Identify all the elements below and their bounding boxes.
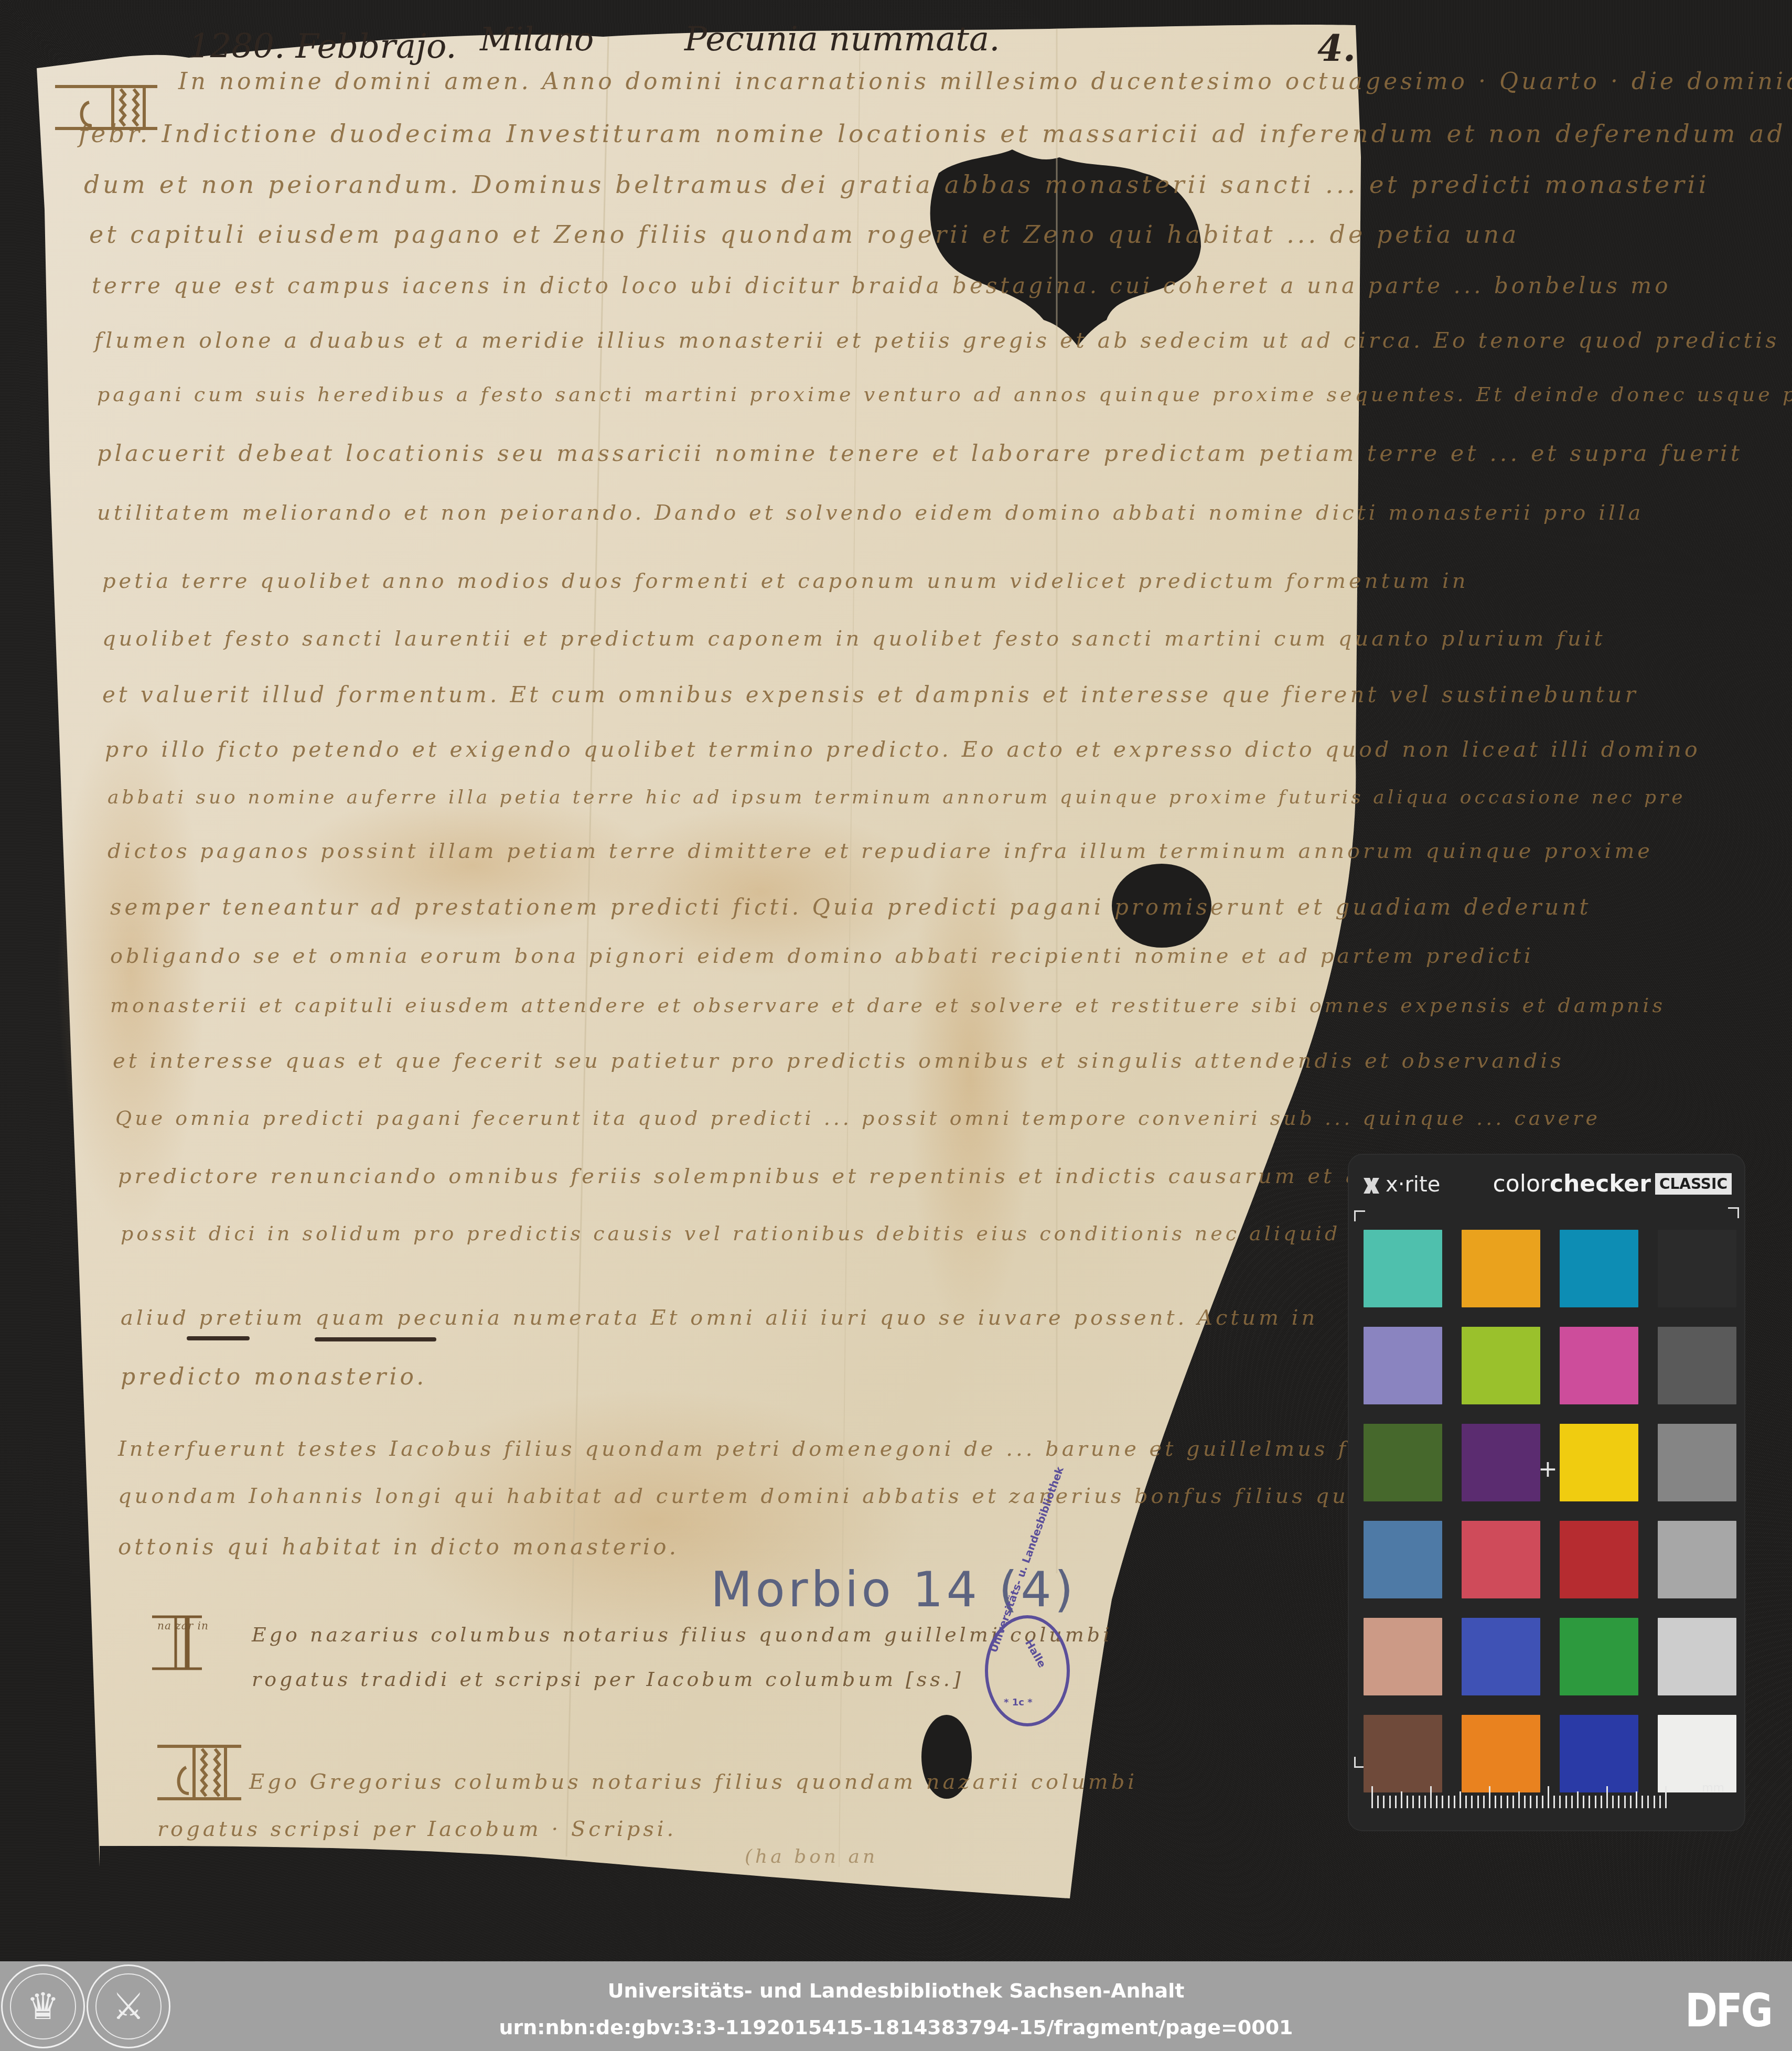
text-line: pro illo ficto petendo et exigendo quoli… <box>105 737 1701 762</box>
text-line: flumen olone a duabus et a meridie illiu… <box>94 328 1779 353</box>
ruler-tick <box>1524 1796 1526 1808</box>
ruler-tick <box>1430 1786 1432 1808</box>
product-name-light: color <box>1493 1171 1550 1197</box>
ruler-tick <box>1536 1796 1538 1808</box>
pecunia-underline <box>187 1336 250 1340</box>
color-patch <box>1560 1521 1638 1598</box>
text-line: In nomine domini amen. Anno domini incar… <box>178 68 1792 95</box>
text-line: terre que est campus iacens in dicto loc… <box>92 273 1671 298</box>
xrite-x-icon <box>1362 1176 1380 1194</box>
color-patch <box>1658 1521 1736 1598</box>
ruler-tick <box>1448 1796 1450 1808</box>
ruler-tick <box>1636 1791 1637 1808</box>
ruler-tick <box>1518 1791 1520 1808</box>
ruler-tick <box>1583 1796 1584 1808</box>
text-line: semper teneantur ad prestationem predict… <box>110 894 1591 920</box>
text-line: quondam Iohannis longi qui habitat ad cu… <box>118 1484 1436 1508</box>
ruler-tick <box>1412 1796 1414 1808</box>
color-patch <box>1364 1618 1442 1695</box>
registration-corner <box>1728 1207 1739 1218</box>
text-line: ottonis qui habitat in dicto monasterio. <box>118 1534 679 1560</box>
ruler-tick <box>1460 1791 1461 1808</box>
ruler-tick <box>1401 1791 1402 1808</box>
text-line: utilitatem meliorando et non peiorando. … <box>97 501 1644 525</box>
text-line: quolibet festo sancti laurentii et predi… <box>102 627 1606 651</box>
color-patch <box>1560 1230 1638 1307</box>
institution-name: Universitäts- und Landesbibliothek Sachs… <box>0 1979 1792 2002</box>
ruler-tick <box>1559 1796 1561 1808</box>
text-line: aliud pretium quam pecunia numerata Et o… <box>121 1306 1318 1330</box>
text-line: predictore renunciando omnibus feriis so… <box>118 1164 1469 1188</box>
color-patch <box>1364 1230 1442 1307</box>
text-line: dum et non peiorandum. Dominus beltramus… <box>84 170 1710 199</box>
color-patch <box>1462 1327 1540 1404</box>
text-line: et capituli eiusdem pagano et Zeno filii… <box>89 220 1520 249</box>
ruler-tick <box>1589 1796 1590 1808</box>
color-patch <box>1658 1327 1736 1404</box>
ruler-tick <box>1601 1796 1602 1808</box>
ruler-tick <box>1548 1786 1549 1808</box>
color-patch <box>1364 1521 1442 1598</box>
ruler-tick <box>1665 1786 1667 1808</box>
subscription-line: rogatus tradidi et scripsi per Iacobum c… <box>252 1668 964 1691</box>
color-patch <box>1462 1521 1540 1598</box>
pecunia-underline <box>315 1337 436 1341</box>
ruler-tick <box>1647 1796 1649 1808</box>
xrite-logo: x·rite <box>1362 1173 1440 1197</box>
color-patch <box>1560 1618 1638 1695</box>
date-note: 1280. Febbrajo. <box>189 27 457 66</box>
subscription-line: Ego Gregorius columbus notarius filius q… <box>249 1770 1138 1794</box>
ruler-tick <box>1419 1796 1420 1808</box>
ruler-tick <box>1571 1796 1573 1808</box>
color-patch-grid <box>1364 1230 1736 1792</box>
ruler-tick <box>1442 1796 1443 1808</box>
ruler-tick <box>1383 1796 1385 1808</box>
classic-badge: CLASSIC <box>1655 1173 1732 1195</box>
colorchecker-title: color checker CLASSIC <box>1493 1171 1732 1197</box>
ruler-tick <box>1654 1796 1655 1808</box>
color-patch <box>1364 1424 1442 1501</box>
color-patch <box>1560 1327 1638 1404</box>
text-line: possit dici in solidum pro predictis cau… <box>121 1222 1340 1245</box>
dfg-logo: DFG <box>1685 1983 1771 2037</box>
ruler-tick <box>1641 1796 1643 1808</box>
ruler-tick <box>1530 1796 1531 1808</box>
ruler-tick <box>1618 1796 1619 1808</box>
ruler-tick <box>1465 1796 1467 1808</box>
mm-ruler <box>1371 1782 1697 1808</box>
subscription-line: rogatus scripsi per Iacobum · Scripsi. <box>157 1817 677 1841</box>
text-line: obligando se et omnia eorum bona pignori… <box>110 944 1534 968</box>
color-patch <box>1364 1715 1442 1792</box>
stamp-center-text: Halle <box>1023 1637 1049 1670</box>
subject-note: Pecunia nummata. <box>684 20 1000 59</box>
color-checker-card: x·rite color checker CLASSIC + mm <box>1348 1154 1745 1831</box>
color-patch <box>1560 1715 1638 1792</box>
ruler-tick <box>1606 1786 1608 1808</box>
registration-corner <box>1354 1210 1365 1221</box>
text-line: febr. Indictione duodecima Investituram … <box>79 120 1792 148</box>
ruler-tick <box>1612 1796 1614 1808</box>
ruler-tick <box>1630 1796 1632 1808</box>
ruler-tick <box>1407 1796 1408 1808</box>
signum-inscription: na zar in <box>157 1619 209 1632</box>
ruler-unit: mm <box>1702 1781 1724 1795</box>
text-line: Que omnia predicti pagani fecerunt ita q… <box>115 1107 1601 1130</box>
ruler-tick <box>1553 1796 1555 1808</box>
footer-bar: ♛ ⚔ Universitäts- und Landesbibliothek S… <box>0 1961 1792 2051</box>
ruler-tick <box>1542 1796 1543 1808</box>
text-line: pagani cum suis heredibus a festo sancti… <box>97 383 1792 406</box>
ruler-tick <box>1500 1796 1502 1808</box>
stamp-bottom-text: * 1c * <box>1004 1697 1033 1708</box>
ruler-tick <box>1477 1796 1479 1808</box>
text-line: dictos paganos possint illam petiam terr… <box>108 839 1653 863</box>
color-patch <box>1462 1618 1540 1695</box>
brand-label: x·rite <box>1386 1173 1440 1197</box>
ruler-tick <box>1454 1796 1455 1808</box>
text-line: placuerit debeat locationis seu massaric… <box>97 441 1743 467</box>
ruler-tick <box>1507 1796 1508 1808</box>
text-line: Interfuerunt testes Iacobus filius quond… <box>118 1437 1409 1461</box>
color-patch <box>1658 1424 1736 1501</box>
product-name-bold: checker <box>1550 1171 1651 1197</box>
color-patch <box>1462 1424 1540 1501</box>
text-line: et interesse quas et que fecerit seu pat… <box>113 1049 1564 1073</box>
ruler-tick <box>1483 1796 1485 1808</box>
ruler-tick <box>1395 1796 1397 1808</box>
ruler-tick <box>1377 1796 1379 1808</box>
ruler-tick <box>1659 1796 1661 1808</box>
trailing-note: (ha bon an <box>745 1846 878 1867</box>
color-patch <box>1658 1618 1736 1695</box>
text-line: monasterii et capituli eiusdem attendere… <box>110 994 1666 1017</box>
color-patch <box>1560 1424 1638 1501</box>
text-line: et valuerit illud formentum. Et cum omni… <box>102 682 1638 707</box>
place-note: Milano <box>480 20 594 58</box>
ruler-tick <box>1512 1796 1514 1808</box>
crosshair-icon: + <box>1538 1458 1558 1481</box>
ruler-tick <box>1424 1796 1426 1808</box>
urn-identifier[interactable]: urn:nbn:de:gbv:3:3-1192015415-1814383794… <box>0 2016 1792 2039</box>
ruler-tick <box>1436 1796 1437 1808</box>
ruler-tick <box>1389 1796 1391 1808</box>
ruler-tick <box>1595 1796 1596 1808</box>
ruler-tick <box>1565 1796 1567 1808</box>
ruler-tick <box>1577 1791 1579 1808</box>
ruler-tick <box>1489 1786 1490 1808</box>
color-patch <box>1462 1230 1540 1307</box>
color-patch <box>1658 1230 1736 1307</box>
color-patch <box>1658 1715 1736 1792</box>
ruler-tick <box>1371 1786 1373 1808</box>
ruler-tick <box>1624 1796 1626 1808</box>
library-stamp: Universitäts- u. Landesbibliothek Halle … <box>985 1615 1070 1726</box>
color-patch <box>1364 1327 1442 1404</box>
ruler-tick <box>1495 1796 1496 1808</box>
color-patch <box>1462 1715 1540 1792</box>
text-line: abbati suo nomine auferre illa petia ter… <box>108 787 1686 808</box>
page-number: 4. <box>1317 26 1356 70</box>
text-line: predicto monasterio. <box>121 1363 427 1390</box>
text-line: petia terre quolibet anno modios duos fo… <box>102 569 1468 593</box>
subscription-line: Ego nazarius columbus notarius filius qu… <box>252 1623 1112 1646</box>
ruler-tick <box>1471 1796 1473 1808</box>
